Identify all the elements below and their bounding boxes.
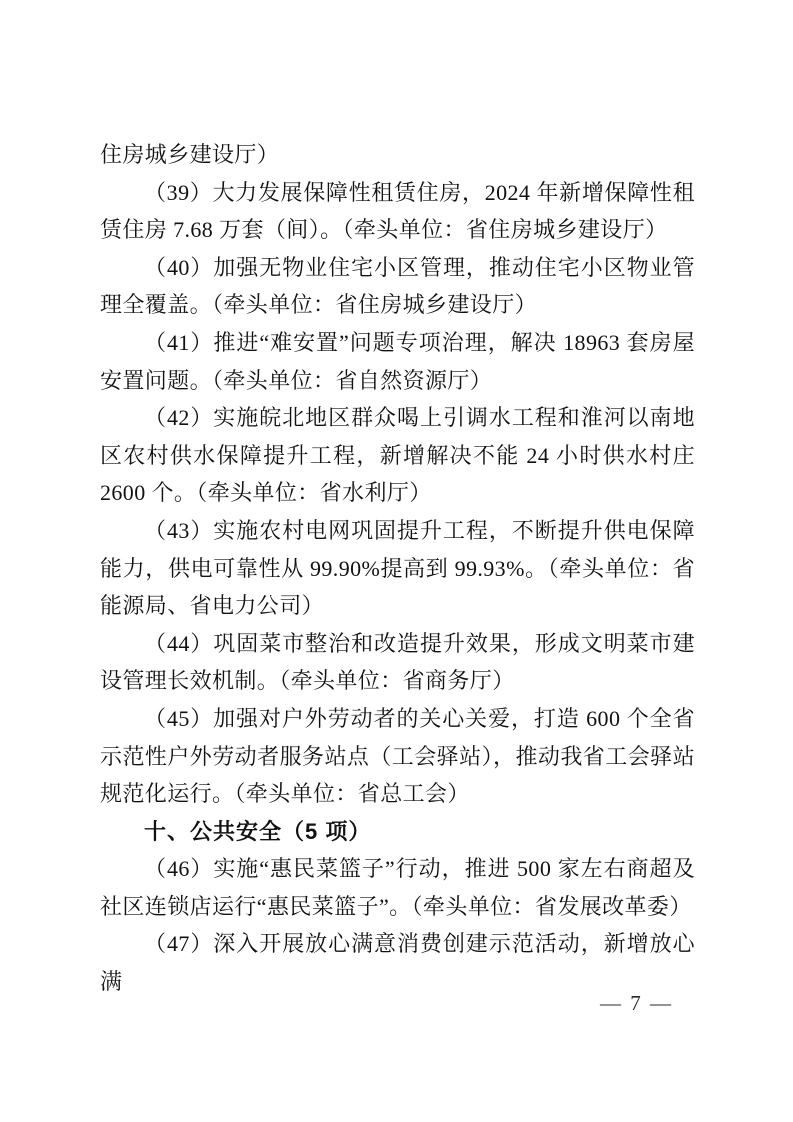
document-body: 住房城乡建设厅）（39）大力发展保障性租赁住房，2024 年新增保障性租赁住房 … bbox=[100, 136, 695, 1001]
paragraph: （39）大力发展保障性租赁住房，2024 年新增保障性租赁住房 7.68 万套（… bbox=[100, 174, 695, 249]
page-number: — 7 — bbox=[600, 991, 673, 1016]
section-heading: 十、公共安全（5 项） bbox=[100, 813, 695, 851]
paragraph: （44）巩固菜市整治和改造提升效果，形成文明菜市建设管理长效机制。（牵头单位：省… bbox=[100, 625, 695, 700]
paragraph: （45）加强对户外劳动者的关心关爱，打造 600 个全省示范性户外劳动者服务站点… bbox=[100, 700, 695, 813]
paragraph: （41）推进“难安置”问题专项治理，解决 18963 套房屋安置问题。（牵头单位… bbox=[100, 324, 695, 399]
paragraph: （43）实施农村电网巩固提升工程，不断提升供电保障能力，供电可靠性从 99.90… bbox=[100, 512, 695, 625]
paragraph: （47）深入开展放心满意消费创建示范活动，新增放心满 bbox=[100, 925, 695, 1000]
paragraph: （46）实施“惠民菜篮子”行动，推进 500 家左右商超及社区连锁店运行“惠民菜… bbox=[100, 850, 695, 925]
paragraph: （40）加强无物业住宅小区管理，推动住宅小区物业管理全覆盖。（牵头单位：省住房城… bbox=[100, 249, 695, 324]
paragraph: 住房城乡建设厅） bbox=[100, 136, 695, 174]
document-page: 住房城乡建设厅）（39）大力发展保障性租赁住房，2024 年新增保障性租赁住房 … bbox=[0, 0, 793, 1122]
paragraph: （42）实施皖北地区群众喝上引调水工程和淮河以南地区农村供水保障提升工程，新增解… bbox=[100, 399, 695, 512]
